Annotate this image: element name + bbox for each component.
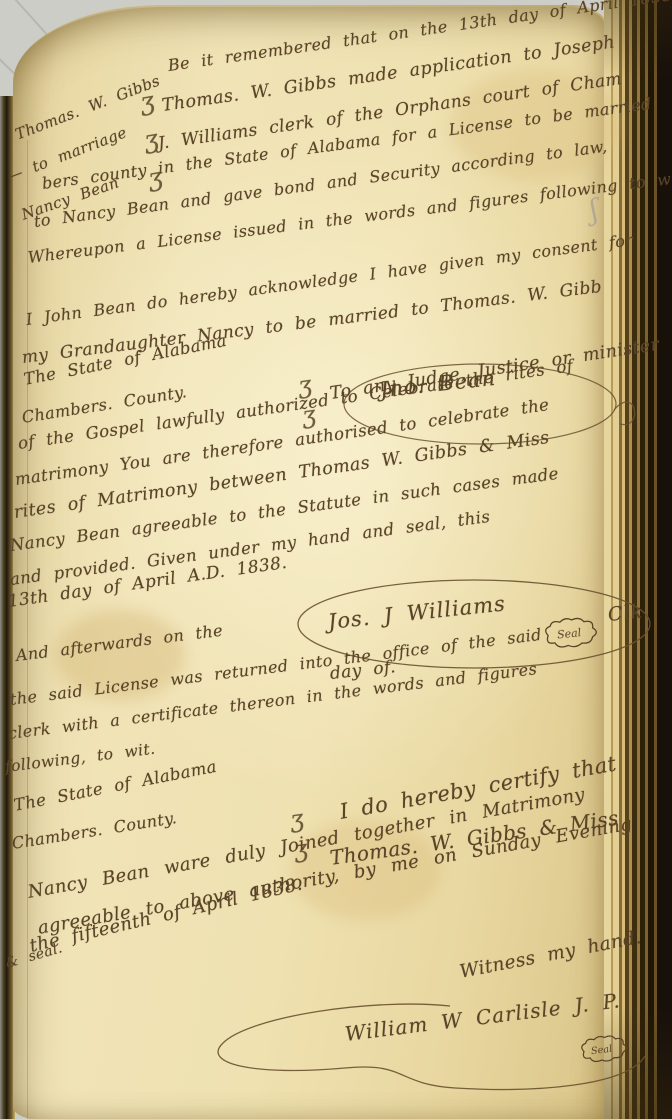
margin-rule-line: [27, 140, 28, 1119]
ledger-photograph: ʃ Thomas. W. Gibbs — to marriage Nancy B…: [0, 0, 672, 1119]
clerk-title: Clk: [607, 600, 644, 626]
